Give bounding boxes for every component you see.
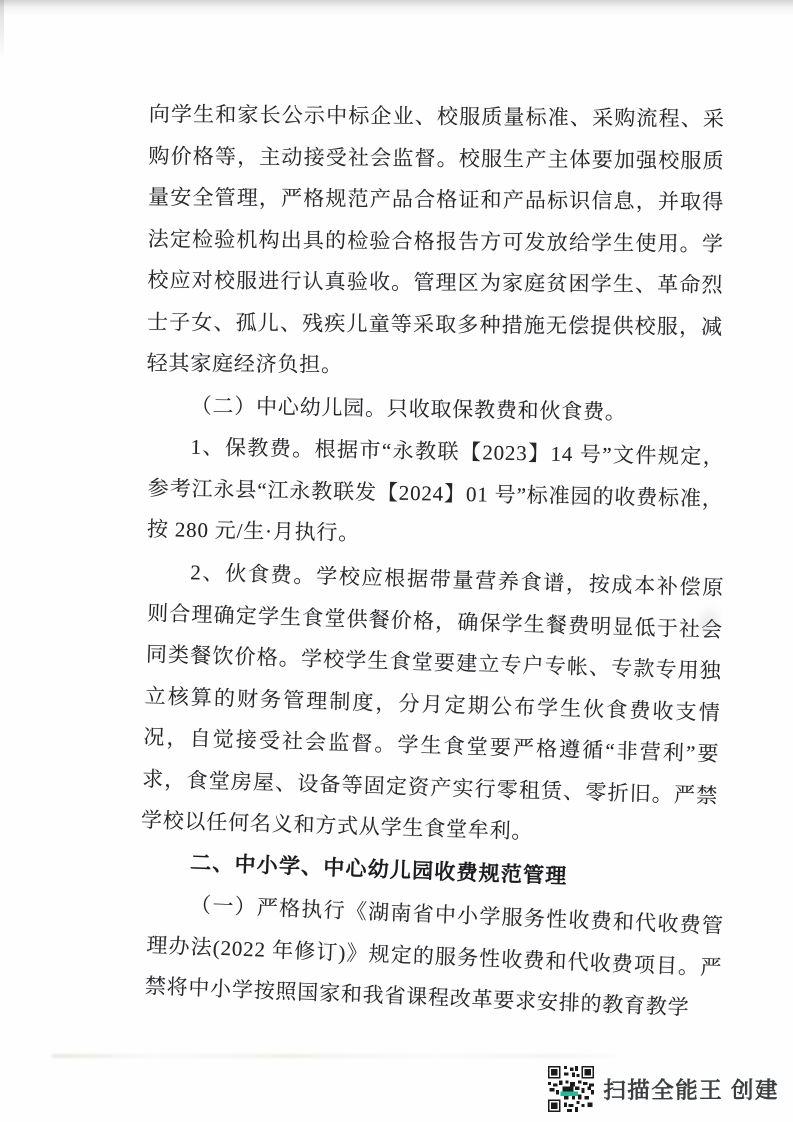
scanned-document-page: 向学生和家长公示中标企业、校服质量标准、采购流程、采购价格等，主动接受社会监督。… bbox=[0, 0, 793, 1122]
scan-artifact-line bbox=[52, 1054, 620, 1058]
body-paragraph-service-fees: （一）严格执行《湖南省中小学服务性收费和代收费管理办法(2022 年修订)》规定… bbox=[144, 883, 725, 1031]
scan-edge-shadow-top bbox=[0, 0, 793, 16]
body-paragraph-uniform-quality: 向学生和家长公示中标企业、校服质量标准、采购流程、采购价格等，主动接受社会监督。… bbox=[146, 94, 725, 390]
document-body: 向学生和家长公示中标企业、校服质量标准、采购流程、采购价格等，主动接受社会监督。… bbox=[149, 94, 725, 1007]
body-paragraph-meal-fee: 2、伙食费。学校应根据带量营养食谱，按成本补偿原则合理确定学生食堂供餐价格，确保… bbox=[140, 551, 724, 858]
body-paragraph-childcare-fee: 1、保教费。根据市“永教联【2023】14 号”文件规定，参考江永县“江永教联发… bbox=[147, 426, 725, 562]
qr-code-icon bbox=[548, 1066, 594, 1112]
watermark-text: 扫描全能王 创建 bbox=[603, 1073, 779, 1105]
scan-edge-shadow-left bbox=[0, 0, 4, 60]
scanner-watermark: 扫描全能王 创建 bbox=[548, 1066, 779, 1112]
